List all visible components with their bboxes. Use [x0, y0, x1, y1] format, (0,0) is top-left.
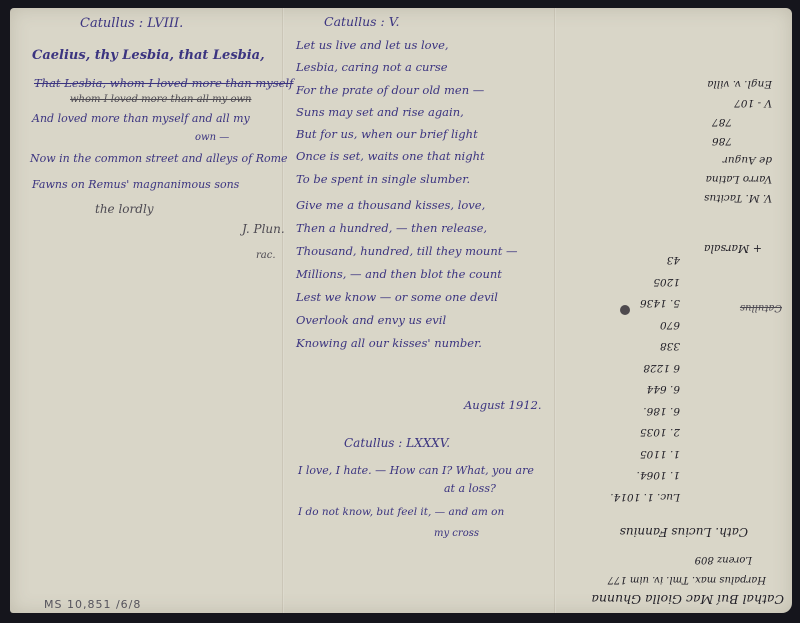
text-line: Caelius, thy Lesbia, that Lesbia, [32, 48, 265, 63]
crossed-label: Catullus [740, 302, 782, 313]
poem-line: Suns may set and rise again, [296, 101, 485, 123]
poem-line: at a loss? [444, 482, 496, 495]
note-line: + Marsala [704, 242, 762, 255]
poem-line: To be spent in single slumber. [296, 168, 485, 190]
text-line: Now in the common street and alleys of R… [30, 152, 288, 165]
note-line: 786 [704, 131, 772, 150]
text-line-struck: Fawns on Remus' magnanimous sons [32, 178, 239, 191]
note-line: de Augur [704, 150, 772, 169]
poem-line: Let us live and let us love, [296, 34, 485, 56]
number: Luc. 1. 1014. [610, 486, 680, 508]
poem-line: Then a hundred, — then release, [296, 217, 518, 240]
catullus-85-title: Catullus : LXXXV. [344, 436, 450, 450]
poem-line: Thousand, hundred, till they mount — [296, 240, 518, 263]
poem-line: I love, I hate. — How can I? What, you a… [298, 464, 534, 477]
shelfmark: MS 10,851 /6/8 [44, 598, 141, 611]
note-line: Harpalus max. Tml. iv. uim 177 [608, 574, 766, 585]
note-line: Cathal Buí Mac Giolla Ghunna [591, 592, 784, 607]
panel-left: Catullus : LVIII. Caelius, thy Lesbia, t… [10, 8, 282, 613]
note-line: Cath. Lucius Fannius [620, 525, 748, 539]
citation-numbers: Luc. 1. 1014. 1. 1064. 1. 1105 2. 1035 6… [610, 249, 680, 507]
number: 6. 186. [610, 400, 680, 422]
poem-line: Once is set, waits one that night [296, 145, 485, 167]
catullus-58-title: Catullus : LVIII. [80, 16, 183, 31]
panel-right-inverted: Cathal Buí Mac Giolla Ghunna Harpalus ma… [556, 8, 792, 613]
catullus-5-poem: Let us live and let us love, Lesbia, car… [296, 34, 485, 190]
note-line: V - 107 [704, 93, 772, 112]
catullus-5-title: Catullus : V. [324, 14, 400, 29]
poem-line: For the prate of dour old men — [296, 79, 485, 101]
number: 338 [610, 335, 680, 357]
note-line: Varro Latina [704, 169, 772, 188]
inverted-notes: Cathal Buí Mac Giolla Ghunna Harpalus ma… [556, 8, 792, 613]
poem-line: Millions, — and then blot the count [296, 263, 518, 286]
text-line: And loved more than myself and all my [32, 112, 250, 125]
catullus-5-poem-stanza-2: Give me a thousand kisses, love, Then a … [296, 194, 518, 355]
note-line: Engl. v. villa [704, 74, 772, 93]
signature: J. Plun. [242, 222, 285, 236]
number: 6 1228 [610, 357, 680, 379]
panel-middle: Catullus : V. Let us live and let us lov… [284, 8, 554, 613]
number: 1205 [610, 271, 680, 293]
poem-line: But for us, when our brief light [296, 123, 485, 145]
number: 1. 1064. [610, 464, 680, 486]
number: 1. 1105 [610, 443, 680, 465]
text-line: own — [195, 132, 229, 143]
poem-date: August 1912. [464, 398, 542, 412]
note-line: 787 [704, 112, 772, 131]
ink-blot [620, 305, 630, 315]
pencil-revision: whom I loved more than all my own [70, 94, 251, 105]
poem-line: Give me a thousand kisses, love, [296, 194, 518, 217]
struck-line: That Lesbia, whom I loved more than myse… [34, 76, 293, 90]
text-line-struck: That Lesbia, whom I loved more than myse… [34, 76, 293, 90]
poem-line: Overlook and envy us evil [296, 309, 518, 332]
number: 670 [610, 314, 680, 336]
number: 6. 644 [610, 378, 680, 400]
note-line: Lorenz 809 [695, 554, 752, 565]
poem-line: Lest we know — or some one devil [296, 286, 518, 309]
signature-note: rac. [256, 250, 276, 261]
pencil-insertion: the lordly [95, 202, 154, 216]
poem-line: Knowing all our kisses' number. [296, 332, 518, 355]
number: 43 [610, 249, 680, 271]
note-line: V. M. Tacitus [704, 188, 772, 207]
poem-line: Lesbia, caring not a curse [296, 56, 485, 78]
poem-line: my cross [434, 528, 479, 539]
reference-notes: V. M. Tacitus Varro Latina de Augur 786 … [704, 74, 772, 207]
number: 2. 1035 [610, 421, 680, 443]
manuscript-sheet: Catullus : LVIII. Caelius, thy Lesbia, t… [10, 8, 792, 613]
poem-line: I do not know, but feel it, — and am on [298, 506, 504, 518]
